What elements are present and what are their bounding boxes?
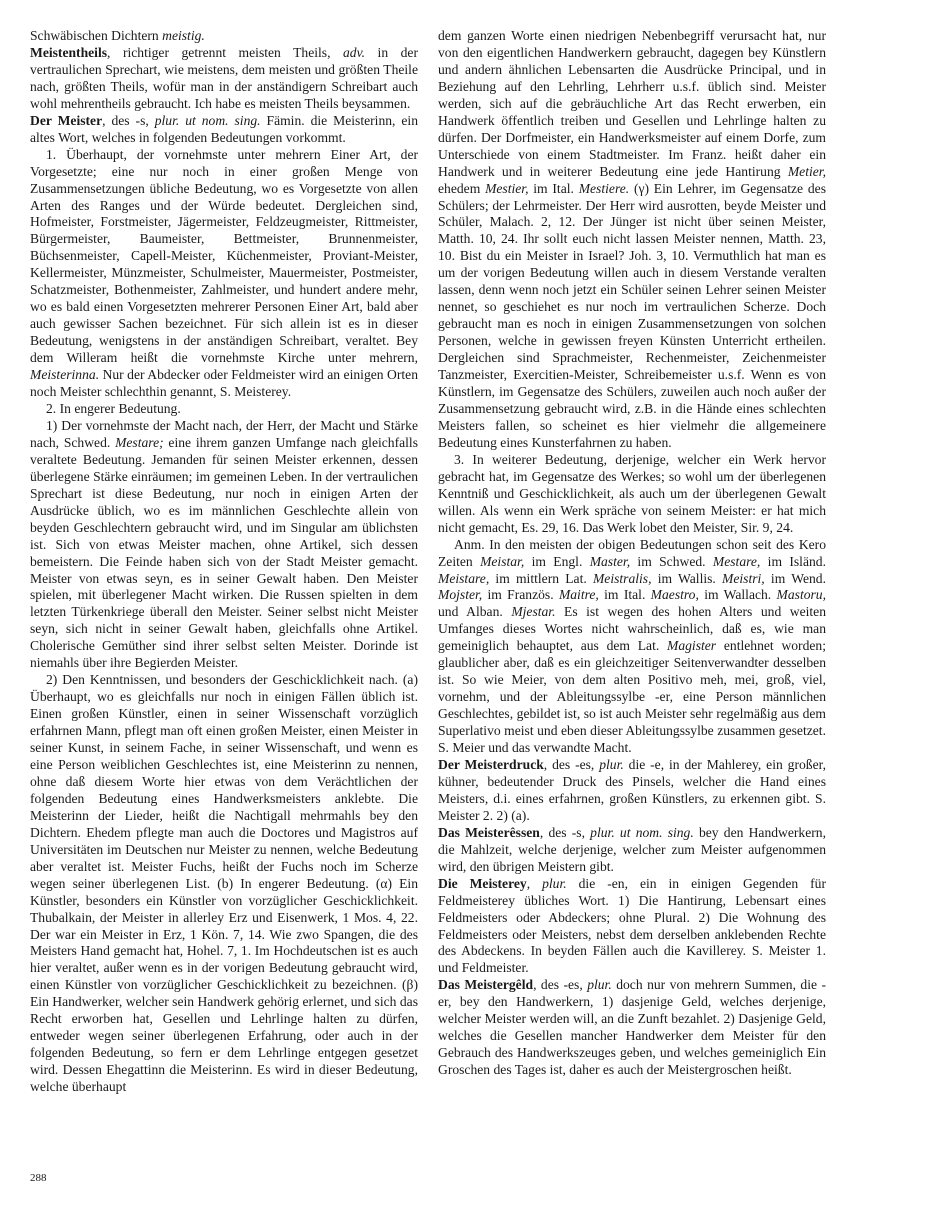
italic-term: Mestiere. [579,181,629,196]
sense-3: 3. In weiterer Bedeutung, derjenige, wel… [438,452,826,537]
entry-meisterey: Die Meisterey, plur. die -en, ein in ein… [438,876,826,978]
italic-term: Mestare; [115,435,164,450]
note-body: Anm. In den meisten der obigen Bedeutung… [438,537,826,755]
etymology-note: Anm. In den meisten der obigen Bedeutung… [438,537,826,757]
italic-term: Meistralis, [593,571,652,586]
italic-term: plur. ut nom. sing. [590,825,694,840]
italic-term: Mestare, [713,554,760,569]
italic-term: Meistri, [722,571,765,586]
italic-term: plur. [599,757,624,772]
headword: Der Meisterdruck [438,757,544,772]
headword: Das Meisterêssen [438,825,540,840]
continuation-body: dem ganzen Worte einen niedrigen Nebenbe… [438,28,826,450]
italic-term: Metier, [788,164,826,179]
italic-term: adv. [343,45,365,60]
entry-der-meister: Der Meister, des -s, plur. ut nom. sing.… [30,113,418,147]
italic-term: Mastoru, [777,587,826,602]
italic-term: Magister [667,638,716,653]
italic-term: Mojster, [438,587,482,602]
italic-term: Meistar, [480,554,524,569]
entry-meisteressen: Das Meisterêssen, des -s, plur. ut nom. … [438,825,826,876]
sense-body: 2) Den Kenntnissen, und besonders der Ge… [30,672,418,1094]
italic-term: Mjestar. [511,604,555,619]
headword: Das Meistergêld [438,977,533,992]
italic-term: Meisterinna. [30,367,99,382]
sense-1: 1. Überhaupt, der vornehmste unter mehre… [30,147,418,401]
entry-meisterdruck: Der Meisterdruck, des -es, plur. die -e,… [438,757,826,825]
continuation-text: dem ganzen Worte einen niedrigen Nebenbe… [438,28,826,452]
sense-body: 1. Überhaupt, der vornehmste unter mehre… [30,147,418,399]
headword: Die Meisterey [438,876,527,891]
sense-body: 2. In engerer Bedeutung. [46,401,181,416]
continuation-text: Schwäbischen Dichtern meistig. [30,28,418,45]
continuation-plain: Schwäbischen Dichtern [30,28,162,43]
italic-term: plur. [587,977,612,992]
italic-term: plur. ut nom. sing. [155,113,261,128]
dictionary-page: Schwäbischen Dichtern meistig. Meistenth… [0,0,935,1210]
left-column: Schwäbischen Dichtern meistig. Meistenth… [30,28,418,1096]
headword: Meistentheils [30,45,107,60]
italic-term: Maestro, [651,587,699,602]
italic-term: Maitre, [559,587,599,602]
sense-body: 1) Der vornehmste der Macht nach, der He… [30,418,418,670]
entry-meistentheils: Meistentheils, richtiger getrennt meiste… [30,45,418,113]
italic-term: Mestier, [485,181,528,196]
sense-2-heading: 2. In engerer Bedeutung. [30,401,418,418]
entry-meistergeld: Das Meistergêld, des -es, plur. doch nur… [438,977,826,1079]
sense-2-1: 1) Der vornehmste der Macht nach, der He… [30,418,418,672]
sense-body: 3. In weiterer Bedeutung, derjenige, wel… [438,452,826,535]
continuation-italic: meistig. [162,28,205,43]
italic-term: plur. [542,876,567,891]
right-column: dem ganzen Worte einen niedrigen Nebenbe… [438,28,826,1079]
headword: Der Meister [30,113,102,128]
page-number: 288 [30,1172,47,1184]
italic-term: Master, [590,554,630,569]
italic-term: Meistare, [438,571,489,586]
sense-2-2: 2) Den Kenntnissen, und besonders der Ge… [30,672,418,1096]
